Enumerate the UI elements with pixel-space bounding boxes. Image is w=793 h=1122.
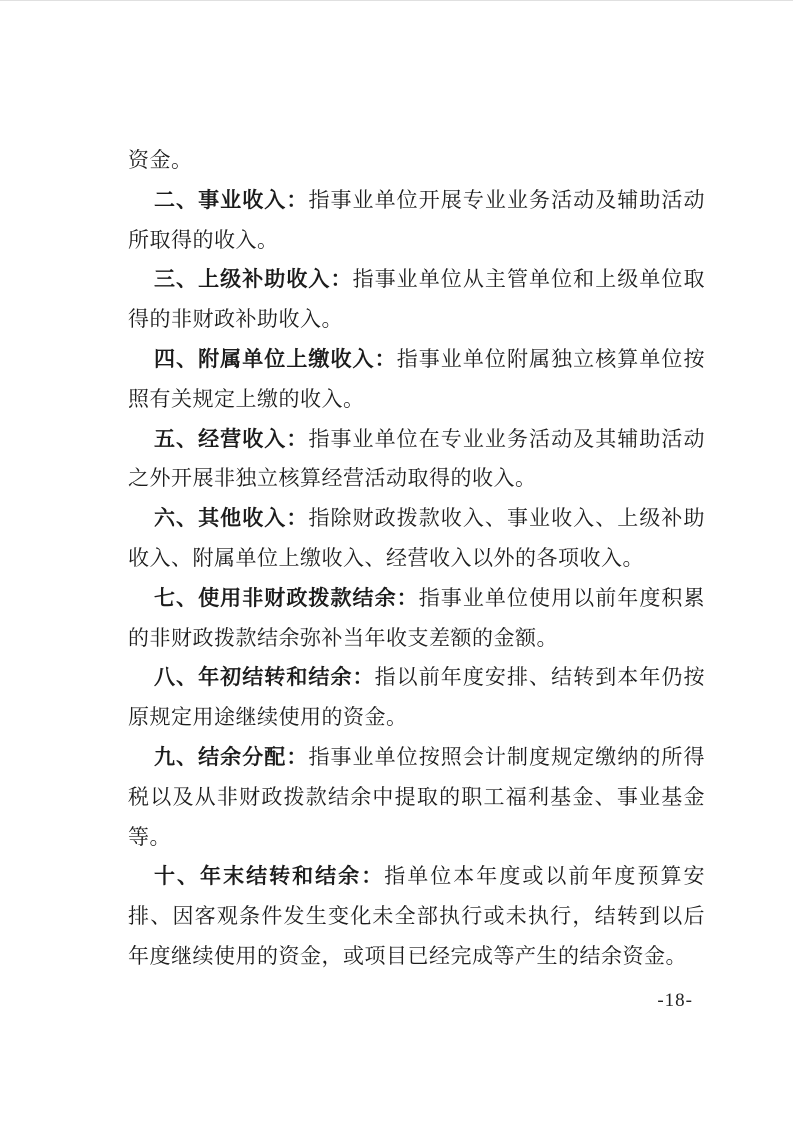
paragraph: 九、结余分配：指事业单位按照会计制度规定缴纳的所得税以及从非财政拨款结余中提取的… — [128, 738, 705, 857]
paragraph: 六、其他收入：指除财政拨款收入、事业收入、上级补助收入、附属单位上缴收入、经营收… — [128, 499, 705, 579]
document-page: 资金。二、事业收入：指事业单位开展专业业务活动及辅助活动所取得的收入。三、上级补… — [0, 0, 793, 1122]
paragraph: 七、使用非财政拨款结余：指事业单位使用以前年度积累的非财政拨款结余弥补当年收支差… — [128, 579, 705, 659]
paragraph-text: 资金。 — [128, 148, 193, 172]
paragraph-lead: 八、年初结转和结余： — [154, 665, 375, 689]
paragraph-lead: 二、事业收入： — [154, 188, 308, 212]
paragraph: 十、年末结转和结余：指单位本年度或以前年度预算安排、因客观条件发生变化未全部执行… — [128, 857, 705, 976]
paragraphs: 资金。二、事业收入：指事业单位开展专业业务活动及辅助活动所取得的收入。三、上级补… — [128, 141, 705, 977]
paragraph: 资金。 — [128, 141, 705, 181]
paragraph: 五、经营收入：指事业单位在专业业务活动及其辅助活动之外开展非独立核算经营活动取得… — [128, 420, 705, 500]
paragraph-lead: 十、年末结转和结余： — [154, 864, 384, 888]
paragraph: 八、年初结转和结余：指以前年度安排、结转到本年仍按原规定用途继续使用的资金。 — [128, 658, 705, 738]
paragraph-lead: 七、使用非财政拨款结余： — [154, 586, 419, 610]
paragraph-lead: 四、附属单位上缴收入： — [154, 347, 397, 371]
paragraph-lead: 九、结余分配： — [154, 745, 308, 769]
paragraph-lead: 三、上级补助收入： — [154, 267, 353, 291]
paragraph: 三、上级补助收入：指事业单位从主管单位和上级单位取得的非财政补助收入。 — [128, 260, 705, 340]
paragraph: 二、事业收入：指事业单位开展专业业务活动及辅助活动所取得的收入。 — [128, 181, 705, 261]
page-number: -18- — [657, 990, 693, 1012]
paragraph-lead: 五、经营收入： — [154, 427, 308, 451]
paragraph: 四、附属单位上缴收入：指事业单位附属独立核算单位按照有关规定上缴的收入。 — [128, 340, 705, 420]
paragraph-lead: 六、其他收入： — [154, 506, 308, 530]
